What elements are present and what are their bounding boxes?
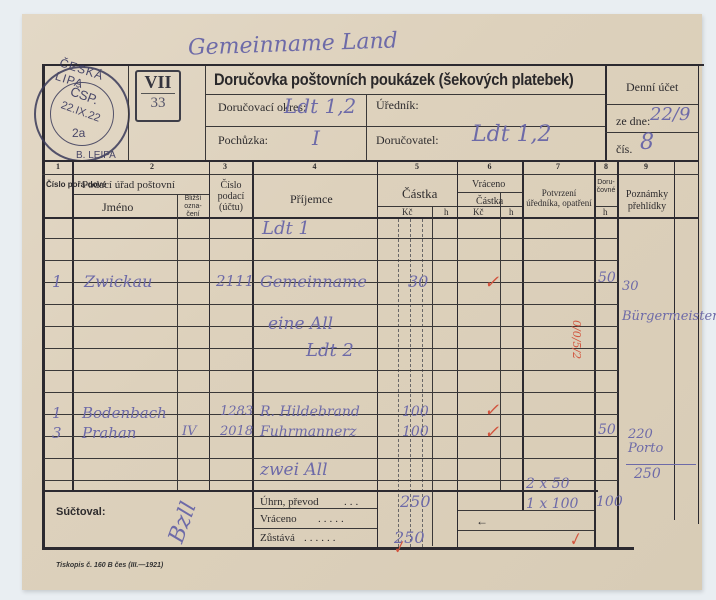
col-office-header: Podací úřad poštovní [82,179,175,191]
counted-label: Súčtoval: [56,506,106,518]
counted-signature: Bzll [164,499,202,547]
amount-cell: 30 [408,272,428,291]
col-name-header: Jméno [102,200,133,215]
office-cell: Bodenbach [82,404,167,422]
seq-cell: 3 [52,424,62,442]
col-fee-header: Doru-čovné [596,179,616,195]
fee-cell: 50 [598,270,616,286]
top-handwritten-note: Gemeinname Land [188,28,399,60]
recipient-cell: Ldt 1 [262,218,310,239]
denominations-50: 2 x 50 [526,476,570,492]
fee-cell: 50 [598,422,616,438]
col-confirmation-header: Potvrzení úředníka, opatření [526,188,592,208]
remains-label: Zůstává [260,532,295,544]
district-value: Ldt 1,2 [284,94,356,118]
stamp-bottom: 33 [137,95,179,112]
account-cell: 1283 [220,404,253,419]
postmark-stamp: ČESKÁ LIPA ČSP. 22.IX.22 2a B. LEIPA [34,66,130,162]
red-confirmation-notes: 0/0/5/2 [570,320,583,359]
postmark-number: 2a [72,126,85,140]
payment-label: Úhrn, převod [260,496,319,508]
arrow-icon: ← [476,514,488,529]
col-amount-header: Částka [402,186,437,202]
note-cell: 30 Bürgermeister [622,272,682,332]
payment-total: 250 [400,492,431,511]
returned-label: Vráceno [260,513,297,525]
office-cell: Zwickau [84,272,152,291]
round-value: I [312,126,320,150]
check-mark: ✓ [484,272,499,293]
seq-cell: 1 [52,404,62,422]
number-label: čís. [616,142,632,157]
account-cell: 2018 [220,424,253,439]
account-cell: 2111 [216,272,254,290]
daily-account-title: Denní účet [626,80,678,95]
col-recipient-header: Příjemce [290,192,333,207]
fee-total: 100 [596,494,623,510]
seq-cell: 1 [52,272,62,291]
check-mark: ✓ [484,422,499,443]
carrier-label: Doručovatel: [376,133,439,148]
col-returned-header: Vráceno [472,179,505,190]
frame-right [698,64,699,524]
form-footer-code: Tiskopis č. 160 B čes (III.—1921) [56,562,163,569]
amount-cell: 100 [402,424,429,440]
col-account-header: Číslo podací (účtu) [212,180,250,213]
amount-cell: 100 [402,404,429,420]
clerk-label: Úředník: [376,98,419,113]
col-detail-header: Bližší ozna-čení [178,195,208,219]
postal-delivery-form: Gemeinname Land ČESKÁ LIPA ČSP. 22.IX.22… [22,14,702,590]
col-notes-header: Poznámky přehlídky [620,189,674,213]
recipient-cell: Fuhrmannerz [260,424,356,440]
frame-bottom [42,547,634,550]
recipient-cell: Ldt 2 [306,340,354,361]
office-cell: Prahan [82,424,136,442]
roman-numeral-stamp: VII 33 [135,70,181,122]
carrier-value: Ldt 1,2 [472,122,552,147]
form-title: Doručovka poštovních poukázek (šekových … [214,70,573,90]
number-value: 8 [640,130,654,155]
recipient-cell: zwei All [260,460,328,480]
note-cell: 250 [634,466,661,482]
check-mark: ✓ [484,400,499,421]
detail-cell: IV [182,424,197,439]
col-seq-header: Číslo pořa-dové [46,180,72,190]
recipient-cell: R. Hildebrand [260,404,360,420]
recipient-cell: Gemeinname [260,272,367,291]
recipient-cell: eine All [268,314,333,334]
date-value: 22/9 [650,104,690,125]
stamp-top: VII [137,72,179,92]
note-cell: 220 Porto [628,428,678,456]
round-label: Pochůzka: [218,133,268,148]
date-label: ze dne: [616,114,650,129]
